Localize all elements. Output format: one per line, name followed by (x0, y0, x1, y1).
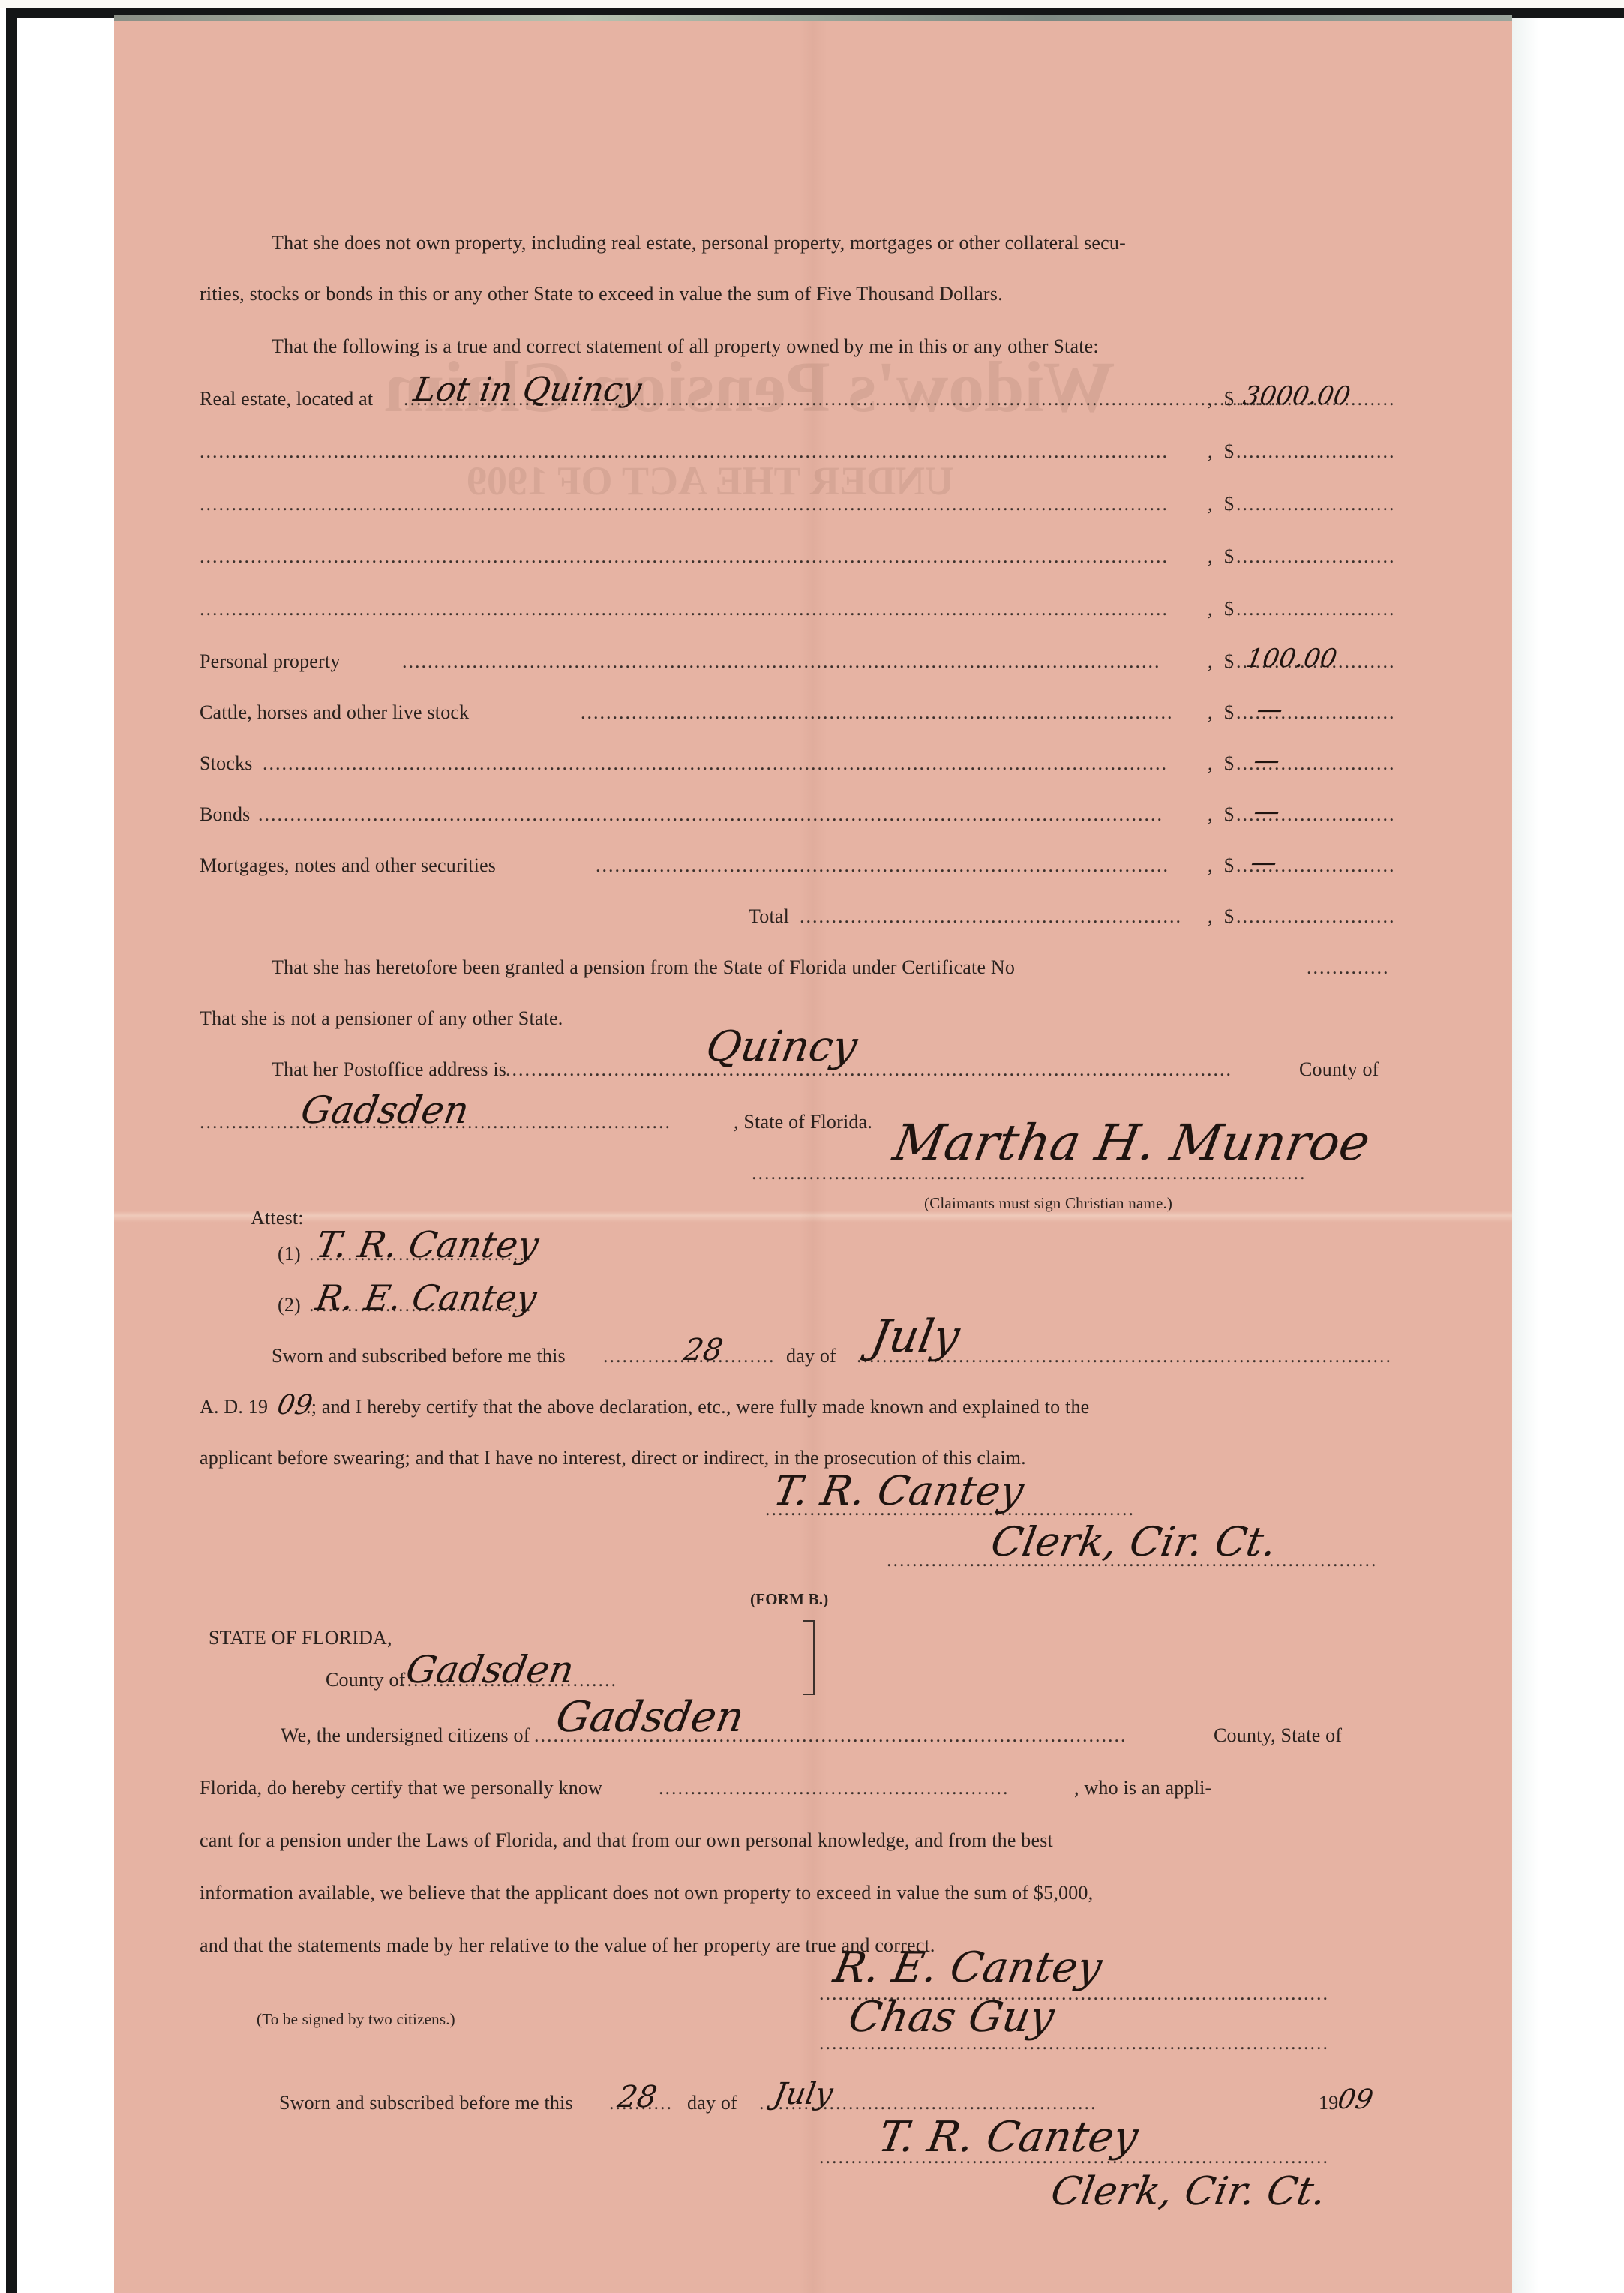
form-b-official-signature[interactable]: T. R. Cantey (876, 2121, 1140, 2154)
postoffice-field[interactable]: Quincy (704, 1031, 860, 1064)
oath-a-month-field[interactable]: July (869, 1320, 962, 1353)
form-b-official-title[interactable]: Clerk, Cir. Ct. (1049, 2175, 1328, 2208)
witness-1-signature[interactable]: T. R. Cantey (314, 1229, 541, 1262)
form-b-day-field[interactable]: 28 (615, 2081, 659, 2114)
real-estate-value-field[interactable]: 3000.00 (1241, 380, 1353, 413)
pension-form-page: Widow's Pension Claim UNDER THE ACT OF 1… (114, 15, 1512, 2293)
form-b-month-field[interactable]: July (771, 2078, 836, 2111)
oath-a-day-field[interactable]: 28 (681, 1334, 725, 1367)
oath-a-official-signature[interactable]: T. R. Cantey (771, 1475, 1026, 1508)
scanner-border-left (6, 8, 17, 2293)
personal-property-value-field[interactable]: 100.00 (1244, 642, 1340, 675)
oath-a-official-title[interactable]: Clerk, Cir. Ct. (989, 1526, 1279, 1559)
citizen-1-signature[interactable]: R. E. Cantey (831, 1952, 1104, 1985)
claimant-signature[interactable]: Martha H. Munroe (891, 1127, 1372, 1160)
paper-top-edge (114, 15, 1512, 21)
form-b-county-field[interactable]: Gadsden (404, 1653, 576, 1686)
citizen-2-signature[interactable]: Chas Guy (846, 2001, 1057, 2034)
scanner-top-edge (0, 0, 1624, 8)
scanner-margin-right (1512, 18, 1539, 2293)
total-value-field[interactable]: ......................... (1236, 905, 1394, 929)
county-field[interactable]: Gadsden (299, 1094, 471, 1127)
form-b-applicant-name-field[interactable]: ........................................… (659, 1776, 1074, 1800)
form-b-year-field[interactable]: 09 (1335, 2084, 1376, 2117)
witness-2-signature[interactable]: R. E. Cantey (314, 1281, 539, 1314)
form-b-citizens-county-field[interactable]: Gadsden (554, 1701, 746, 1734)
scanner-margin-left (17, 18, 114, 2293)
real-estate-location-field[interactable]: Lot in Quincy (411, 374, 644, 407)
certificate-number-field[interactable]: ............. (1307, 956, 1397, 980)
